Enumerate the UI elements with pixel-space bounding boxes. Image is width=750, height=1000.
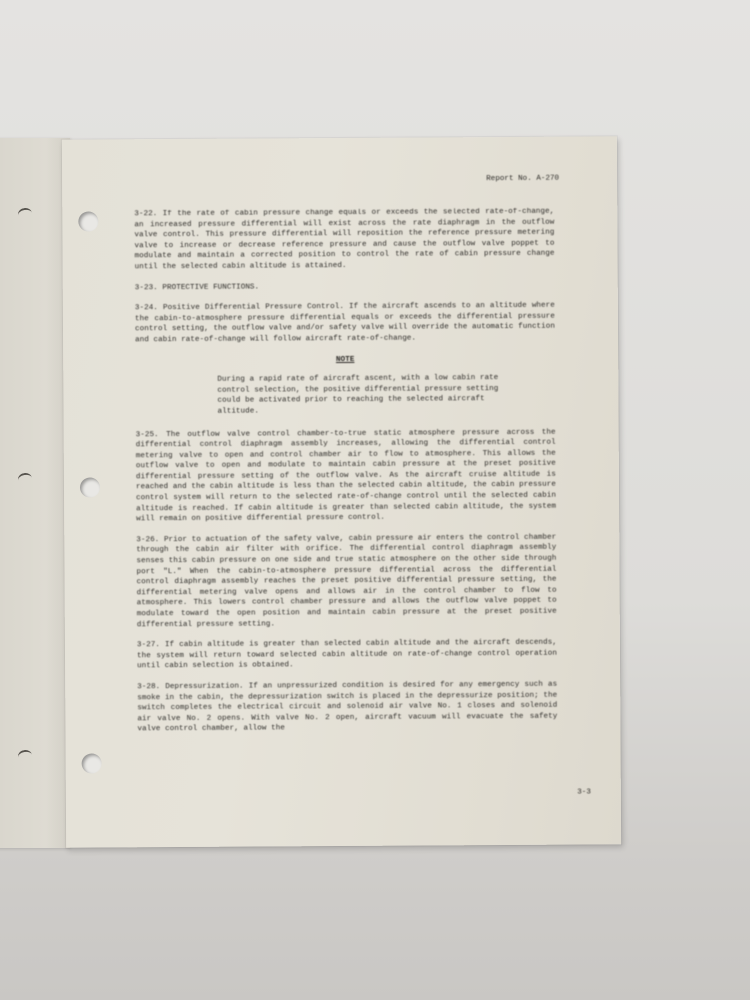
page-number: 3-3: [577, 788, 591, 796]
binder-ring-mark-icon: [17, 749, 33, 763]
binder-ring-mark-icon: [17, 207, 33, 221]
note-title: NOTE: [135, 353, 555, 366]
note-body: During a rapid rate of aircraft ascent, …: [217, 373, 507, 417]
section-heading-protective-functions: 3-23. PROTECTIVE FUNCTIONS.: [135, 280, 555, 293]
punch-hole-icon: [78, 211, 98, 231]
paragraph-3-28: 3-28. Depressurization. If an unpressuri…: [137, 680, 557, 736]
paragraph-3-26: 3-26. Prior to actuation of the safety v…: [136, 533, 557, 631]
underlying-binder-page: [0, 138, 70, 848]
binder-ring-mark-icon: [17, 472, 33, 486]
report-number: Report No. A-270: [486, 175, 559, 183]
paragraph-3-25: 3-25. The outflow valve control chamber-…: [136, 427, 557, 525]
paragraph-3-27: 3-27. If cabin altitude is greater than …: [137, 638, 557, 672]
paragraph-3-24: 3-24. Positive Differential Pressure Con…: [135, 301, 555, 346]
punch-hole-icon: [82, 753, 102, 773]
document-body: 3-22. If the rate of cabin pressure chan…: [134, 207, 557, 745]
document-page: Report No. A-270 3-22. If the rate of ca…: [62, 136, 621, 847]
paragraph-3-22: 3-22. If the rate of cabin pressure chan…: [134, 207, 554, 273]
punch-hole-icon: [80, 477, 100, 497]
